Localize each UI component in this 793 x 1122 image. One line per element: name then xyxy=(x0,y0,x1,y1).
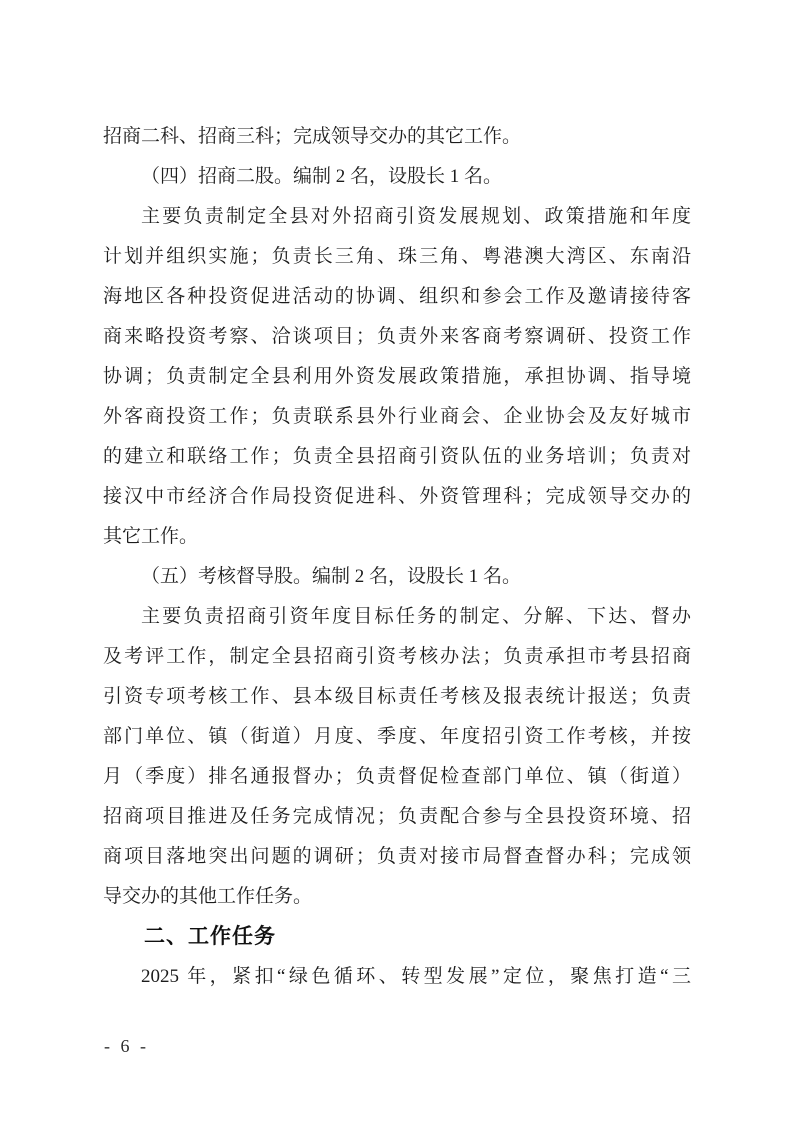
text-line: 的建立和联络工作；负责全县招商引资队伍的业务培训；负责对 xyxy=(103,437,691,477)
document-body: 招商二科、招商三科；完成领导交办的其它工作。（四）招商二股。编制 2 名，设股长… xyxy=(103,117,691,997)
text-line: 主要负责招商引资年度目标任务的制定、分解、下达、督办 xyxy=(103,597,691,637)
text-line: 2025 年，紧扣“绿色循环、转型发展”定位，聚焦打造“三 xyxy=(103,957,691,997)
section-heading: 二、工作任务 xyxy=(103,917,691,957)
text-line: 商项目落地突出问题的调研；负责对接市局督查督办科；完成领 xyxy=(103,837,691,877)
text-line: 计划并组织实施；负责长三角、珠三角、粤港澳大湾区、东南沿 xyxy=(103,237,691,277)
text-line: 导交办的其他工作任务。 xyxy=(103,877,691,917)
text-line: 招商项目推进及任务完成情况；负责配合参与全县投资环境、招 xyxy=(103,797,691,837)
text-line: 主要负责制定全县对外招商引资发展规划、政策措施和年度 xyxy=(103,197,691,237)
document-page: 招商二科、招商三科；完成领导交办的其它工作。（四）招商二股。编制 2 名，设股长… xyxy=(0,0,793,1122)
page-number: - 6 - xyxy=(104,1036,149,1057)
text-line: 其它工作。 xyxy=(103,517,691,557)
text-line: 部门单位、镇（街道）月度、季度、年度招引资工作考核，并按 xyxy=(103,717,691,757)
text-line: 招商二科、招商三科；完成领导交办的其它工作。 xyxy=(103,117,691,157)
text-line: 海地区各种投资促进活动的协调、组织和参会工作及邀请接待客 xyxy=(103,277,691,317)
text-line: （四）招商二股。编制 2 名，设股长 1 名。 xyxy=(103,157,691,197)
text-line: 接汉中市经济合作局投资促进科、外资管理科；完成领导交办的 xyxy=(103,477,691,517)
text-line: 月（季度）排名通报督办；负责督促检查部门单位、镇（街道） xyxy=(103,757,691,797)
text-line: （五）考核督导股。编制 2 名，设股长 1 名。 xyxy=(103,557,691,597)
text-line: 及考评工作，制定全县招商引资考核办法；负责承担市考县招商 xyxy=(103,637,691,677)
text-line: 外客商投资工作；负责联系县外行业商会、企业协会及友好城市 xyxy=(103,397,691,437)
text-line: 引资专项考核工作、县本级目标责任考核及报表统计报送；负责 xyxy=(103,677,691,717)
text-line: 商来略投资考察、洽谈项目；负责外来客商考察调研、投资工作 xyxy=(103,317,691,357)
text-line: 协调；负责制定全县利用外资发展政策措施，承担协调、指导境 xyxy=(103,357,691,397)
